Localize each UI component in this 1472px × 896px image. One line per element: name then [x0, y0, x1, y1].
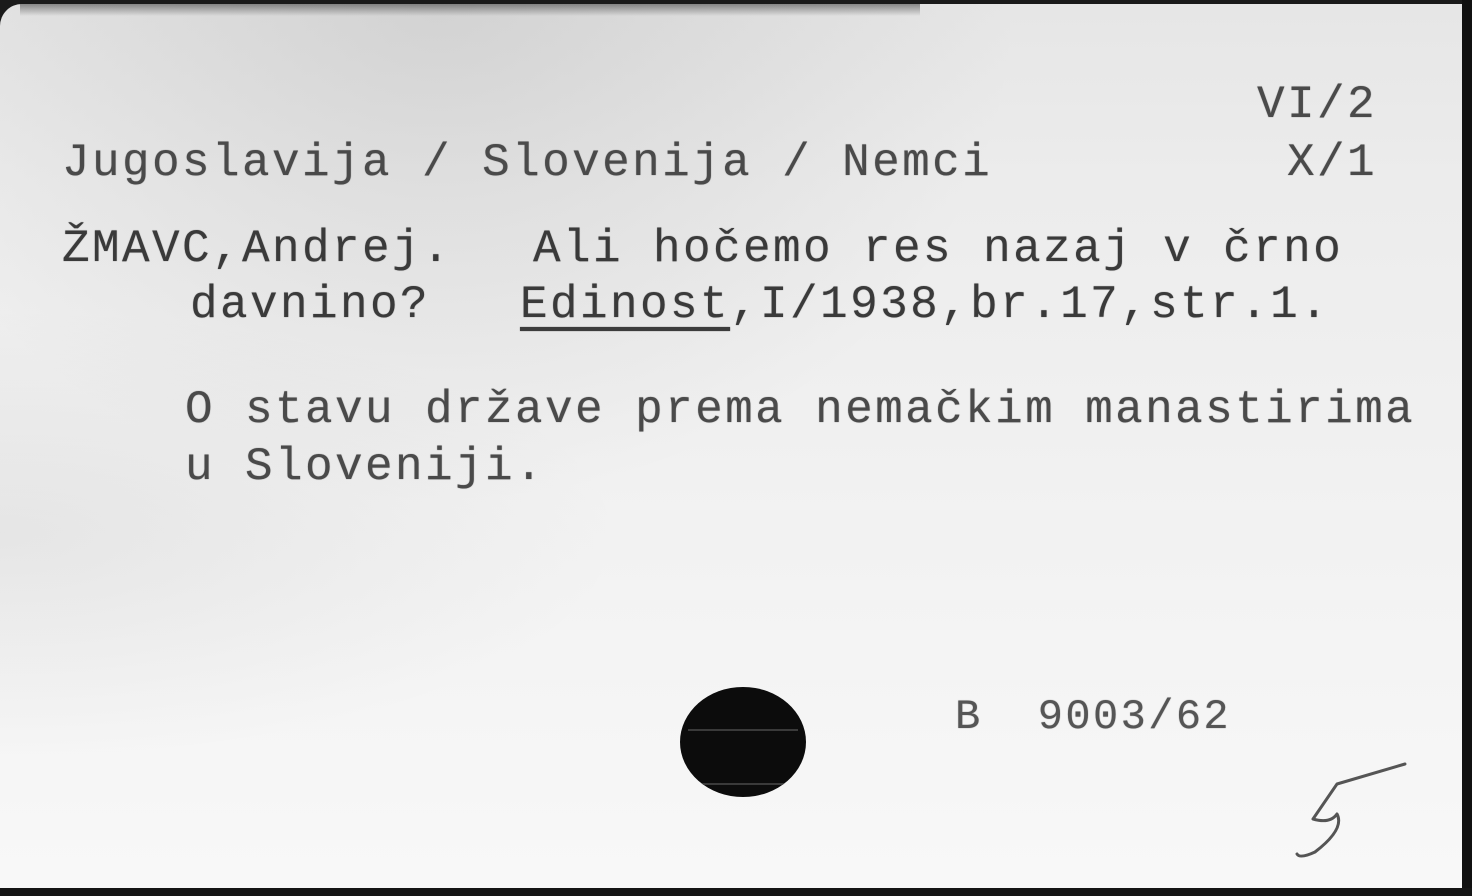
annotation-line-2: u Sloveniji.	[185, 444, 545, 490]
handwritten-number	[1295, 734, 1445, 874]
source-details: ,I/1938,br.17,str.1.	[730, 279, 1330, 331]
subject-heading: Jugoslavija / Slovenija / Nemci	[62, 140, 992, 186]
source-citation: Edinost,I/1938,br.17,str.1.	[520, 282, 1330, 328]
classification-line-1: VI/2	[1257, 82, 1377, 128]
catalog-card: Jugoslavija / Slovenija / Nemci VI/2 X/1…	[0, 4, 1462, 888]
title-line-1: Ali hočemo res nazaj v črno	[533, 226, 1343, 272]
card-top-shadow	[20, 4, 920, 16]
annotation-line-1: O stavu države prema nemačkim manastirim…	[185, 387, 1415, 433]
card-right-border	[1462, 0, 1472, 896]
punch-hole	[680, 687, 806, 797]
classification-line-2: X/1	[1287, 140, 1377, 186]
title-line-2: davnino?	[190, 282, 430, 328]
shelf-mark: B 9003/62	[955, 696, 1231, 738]
author-name: ŽMAVC,Andrej.	[62, 226, 452, 272]
card-bottom-border	[0, 888, 1472, 896]
source-title: Edinost	[520, 279, 730, 331]
